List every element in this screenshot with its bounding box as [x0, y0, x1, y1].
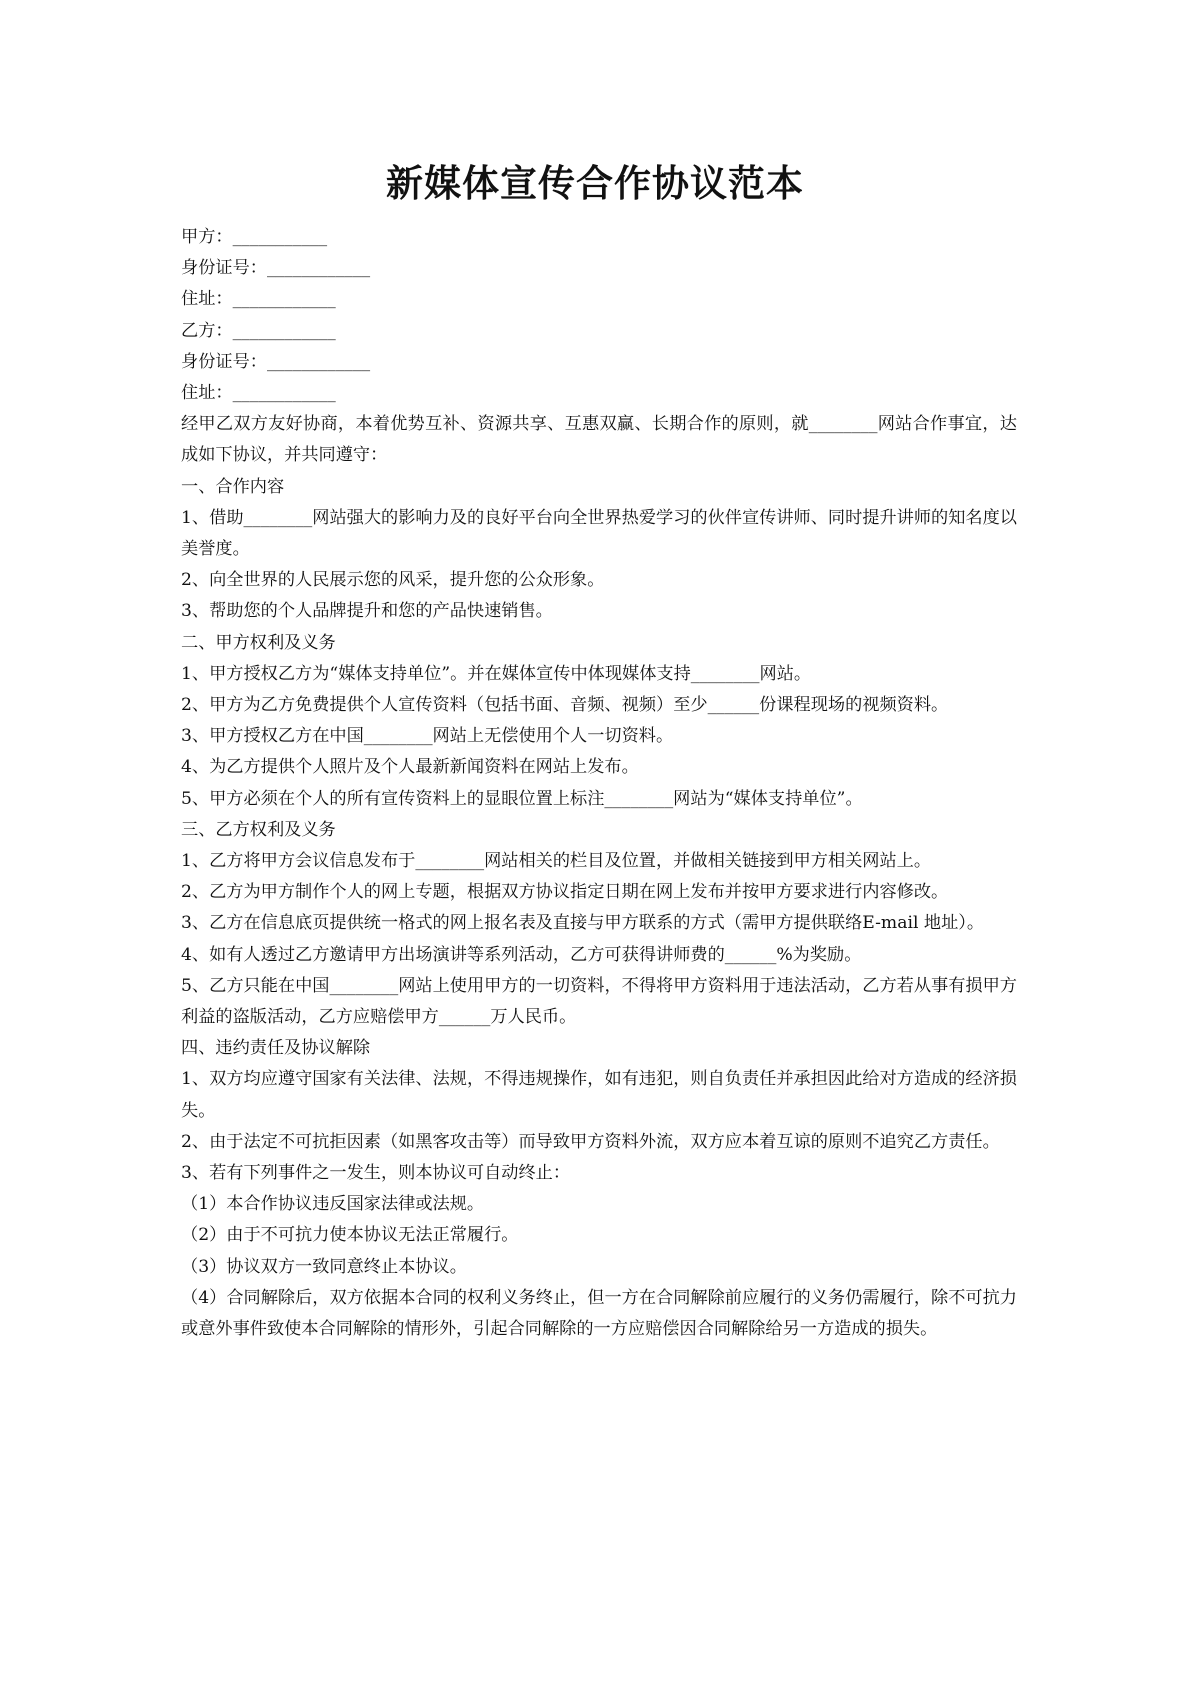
- document-page: 新媒体宣传合作协议范本 甲方：___________ 身份证号：________…: [0, 0, 1190, 1683]
- clause: 3、若有下列事件之一发生，则本协议可自动终止：: [181, 1158, 1017, 1189]
- clause: 4、为乙方提供个人照片及个人最新新闻资料在网站上发布。: [181, 752, 1017, 783]
- clause: 4、如有人透过乙方邀请甲方出场演讲等系列活动，乙方可获得讲师费的______%为…: [181, 940, 1017, 971]
- sub-clause: （4）合同解除后，双方依据本合同的权利义务终止，但一方在合同解除前应履行的义务仍…: [181, 1283, 1017, 1345]
- field-party-a: 甲方：___________: [181, 222, 1017, 253]
- clause: 2、由于法定不可抗拒因素（如黑客攻击等）而导致甲方资料外流，双方应本着互谅的原则…: [181, 1127, 1017, 1158]
- clause: 5、乙方只能在中国________网站上使用甲方的一切资料，不得将甲方资料用于违…: [181, 971, 1017, 1033]
- clause: 3、乙方在信息底页提供统一格式的网上报名表及直接与甲方联系的方式（需甲方提供联络…: [181, 908, 1017, 939]
- section-heading-1: 一、合作内容: [181, 472, 1017, 503]
- field-label: 住址：: [181, 289, 233, 309]
- clause: 3、甲方授权乙方在中国________网站上无偿使用个人一切资料。: [181, 721, 1017, 752]
- intro-paragraph: 经甲乙双方友好协商，本着优势互补、资源共享、互惠双赢、长期合作的原则，就____…: [181, 409, 1017, 471]
- field-label: 甲方：: [181, 227, 233, 247]
- clause: 2、向全世界的人民展示您的风采，提升您的公众形象。: [181, 565, 1017, 596]
- clause: 1、乙方将甲方会议信息发布于________网站相关的栏目及位置，并做相关链接到…: [181, 846, 1017, 877]
- sub-clause: （3）协议双方一致同意终止本协议。: [181, 1252, 1017, 1283]
- field-label: 身份证号：: [181, 352, 267, 372]
- field-blank: ____________: [233, 321, 336, 341]
- sub-clause: （1）本合作协议违反国家法律或法规。: [181, 1189, 1017, 1220]
- field-party-a-id: 身份证号：____________: [181, 253, 1017, 284]
- clause: 2、乙方为甲方制作个人的网上专题，根据双方协议指定日期在网上发布并按甲方要求进行…: [181, 877, 1017, 908]
- clause: 1、双方均应遵守国家有关法律、法规，不得违规操作，如有违犯，则自负责任并承担因此…: [181, 1064, 1017, 1126]
- field-party-b-address: 住址：____________: [181, 378, 1017, 409]
- field-blank: ___________: [233, 227, 328, 247]
- field-blank: ____________: [267, 352, 370, 372]
- clause: 3、帮助您的个人品牌提升和您的产品快速销售。: [181, 596, 1017, 627]
- section-heading-3: 三、乙方权利及义务: [181, 815, 1017, 846]
- field-party-b-id: 身份证号：____________: [181, 347, 1017, 378]
- clause: 1、甲方授权乙方为“媒体支持单位”。并在媒体宣传中体现媒体支持________网…: [181, 659, 1017, 690]
- clause: 1、借助________网站强大的影响力及的良好平台向全世界热爱学习的伙伴宣传讲…: [181, 503, 1017, 565]
- field-label: 乙方：: [181, 321, 233, 341]
- field-blank: ____________: [267, 258, 370, 278]
- document-title: 新媒体宣传合作协议范本: [0, 160, 1190, 208]
- field-label: 住址：: [181, 383, 233, 403]
- clause: 2、甲方为乙方免费提供个人宣传资料（包括书面、音频、视频）至少______份课程…: [181, 690, 1017, 721]
- field-party-a-address: 住址：____________: [181, 284, 1017, 315]
- document-body: 甲方：___________ 身份证号：____________ 住址：____…: [181, 222, 1017, 1345]
- section-heading-2: 二、甲方权利及义务: [181, 628, 1017, 659]
- field-party-b: 乙方：____________: [181, 316, 1017, 347]
- field-blank: ____________: [233, 383, 336, 403]
- field-blank: ____________: [233, 289, 336, 309]
- section-heading-4: 四、违约责任及协议解除: [181, 1033, 1017, 1064]
- sub-clause: （2）由于不可抗力使本协议无法正常履行。: [181, 1220, 1017, 1251]
- clause: 5、甲方必须在个人的所有宣传资料上的显眼位置上标注________网站为“媒体支…: [181, 784, 1017, 815]
- field-label: 身份证号：: [181, 258, 267, 278]
